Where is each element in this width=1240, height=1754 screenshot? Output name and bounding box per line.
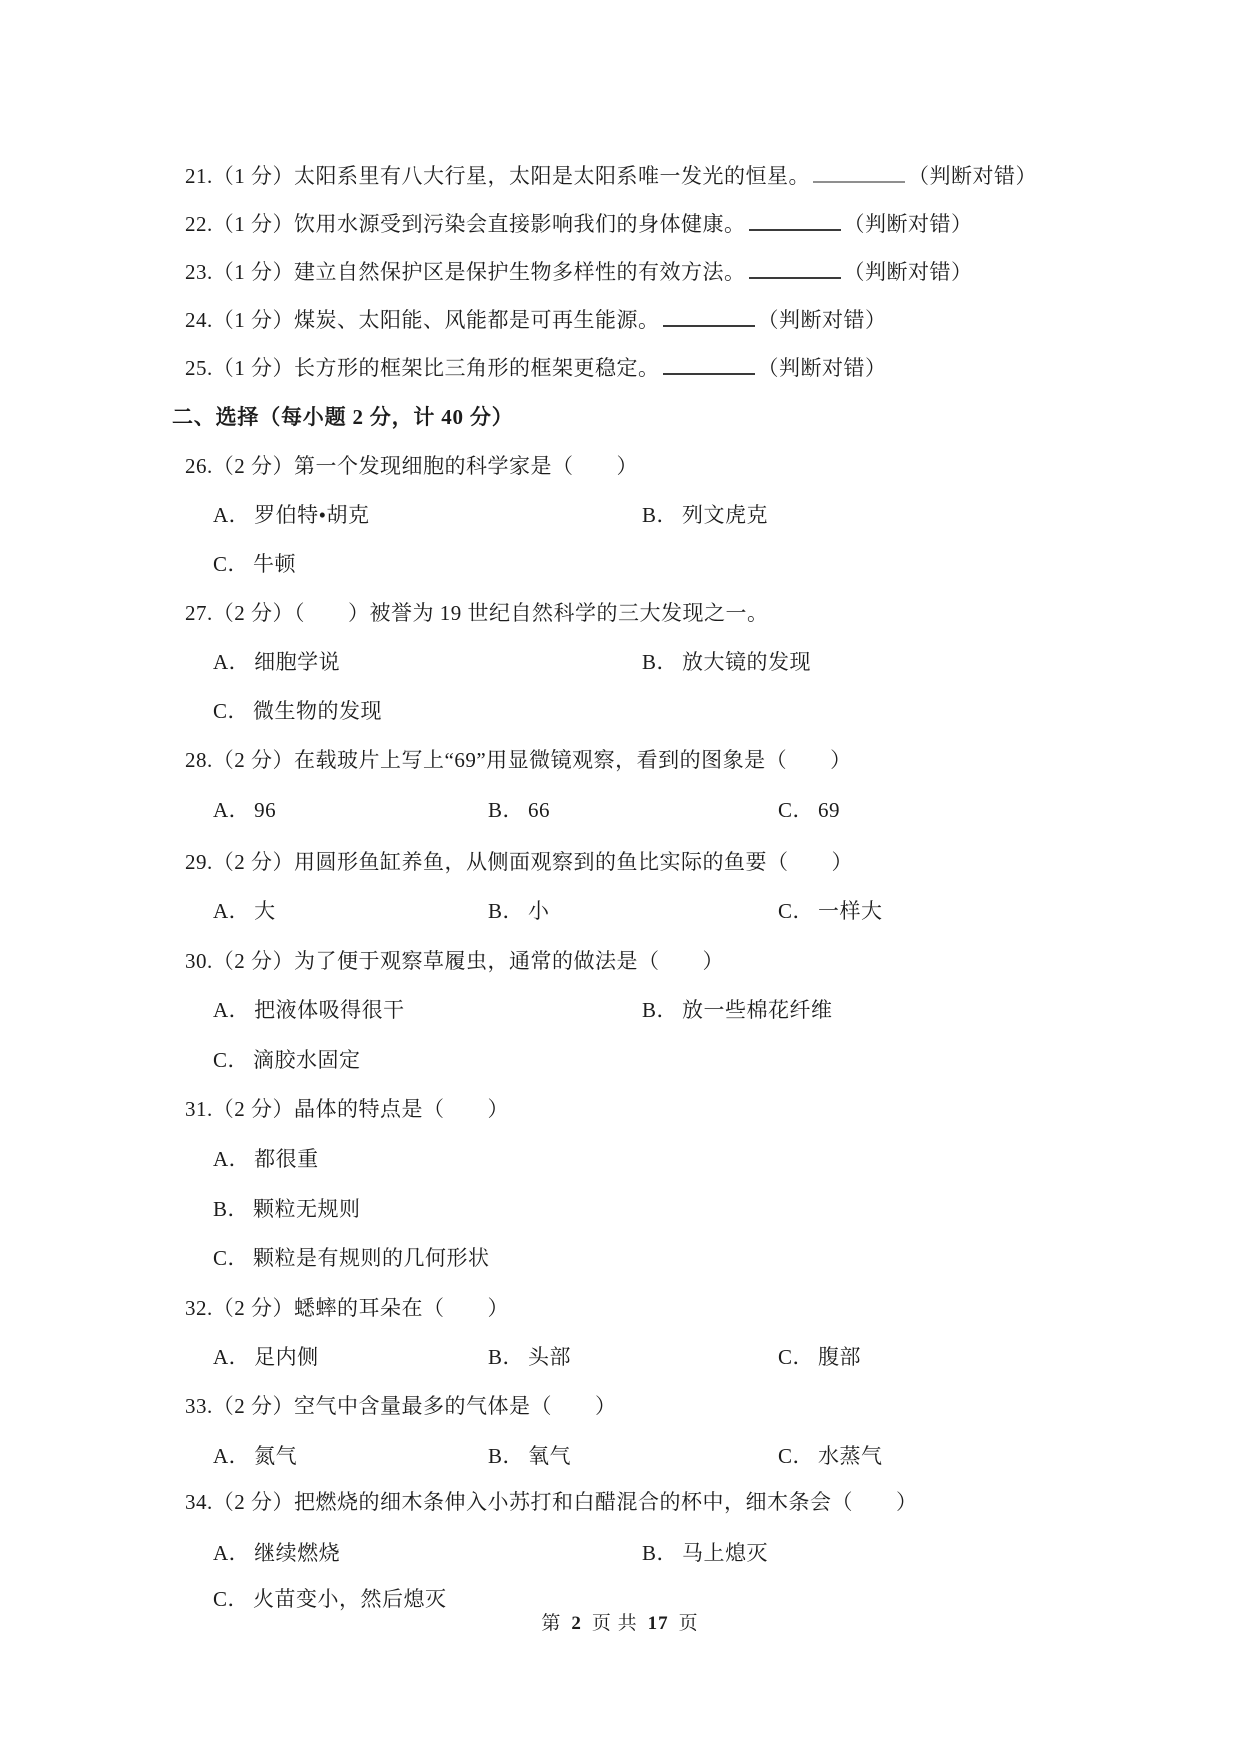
question-stem-31: 31.（2 分）晶体的特点是（ ） <box>185 1096 509 1123</box>
option-b: B．氧气 <box>488 1443 571 1470</box>
judge-question-23: 23.（1 分）建立自然保护区是保护生物多样性的有效方法。（判断对错） <box>185 259 973 286</box>
question-text: 22.（1 分）饮用水源受到污染会直接影响我们的身体健康。 <box>185 212 746 236</box>
option-label: A． <box>213 503 250 527</box>
option-text: 牛顿 <box>253 552 296 576</box>
option-text: 大 <box>254 899 276 923</box>
judge-label: （判断对错） <box>844 260 973 284</box>
option-b: B．列文虎克 <box>642 502 768 529</box>
option-b: B．头部 <box>488 1344 571 1371</box>
question-stem-28: 28.（2 分）在载玻片上写上“69”用显微镜观察，看到的图象是（ ） <box>185 747 852 774</box>
options-row: A．氮气 B．氧气 C．水蒸气 <box>0 1443 1240 1470</box>
option-label: A． <box>213 1444 250 1468</box>
option-text: 微生物的发现 <box>253 699 382 723</box>
option-b: B．66 <box>488 797 550 824</box>
option-a: A．罗伯特•胡克 <box>213 502 370 529</box>
option-c: C．腹部 <box>778 1344 861 1371</box>
option-text: 一样大 <box>818 899 883 923</box>
option-text: 96 <box>254 798 276 822</box>
judge-label: （判断对错） <box>844 212 973 236</box>
question-text: 21.（1 分）太阳系里有八大行星，太阳是太阳系唯一发光的恒星。 <box>185 164 810 188</box>
option-label: B． <box>642 1541 678 1565</box>
options-row: A．罗伯特•胡克 B．列文虎克 <box>0 502 1240 529</box>
option-b: B．放一些棉花纤维 <box>642 997 833 1024</box>
option-text: 头部 <box>528 1345 571 1369</box>
options-row: C．颗粒是有规则的几何形状 <box>0 1245 1240 1272</box>
options-row: A．都很重 <box>0 1146 1240 1173</box>
question-stem-30: 30.（2 分）为了便于观察草履虫，通常的做法是（ ） <box>185 948 724 975</box>
question-stem-29: 29.（2 分）用圆形鱼缸养鱼，从侧面观察到的鱼比实际的鱼要（ ） <box>185 849 853 876</box>
question-stem-27: 27.（2 分）（ ）被誉为 19 世纪自然科学的三大发现之一。 <box>185 600 769 627</box>
page-number: 2 <box>571 1613 582 1634</box>
option-text: 小 <box>528 899 550 923</box>
exam-page: 21.（1 分）太阳系里有八大行星，太阳是太阳系唯一发光的恒星。（判断对错） 2… <box>0 0 1240 1754</box>
question-text: 23.（1 分）建立自然保护区是保护生物多样性的有效方法。 <box>185 260 746 284</box>
option-text: 66 <box>528 798 550 822</box>
option-label: C． <box>778 899 814 923</box>
option-label: C． <box>213 1246 249 1270</box>
option-a: A．足内侧 <box>213 1344 319 1371</box>
option-text: 马上熄灭 <box>682 1541 768 1565</box>
option-a: A．把液体吸得很干 <box>213 997 405 1024</box>
judge-label: （判断对错） <box>758 308 887 332</box>
option-c: C．颗粒是有规则的几何形状 <box>213 1245 490 1272</box>
judge-label: （判断对错） <box>908 164 1037 188</box>
option-label: A． <box>213 1541 250 1565</box>
option-text: 颗粒无规则 <box>253 1197 361 1221</box>
options-row: A．大 B．小 C．一样大 <box>0 898 1240 925</box>
option-a: A．都很重 <box>213 1146 319 1173</box>
option-label: B． <box>488 798 524 822</box>
answer-blank <box>813 166 905 183</box>
option-a: A．氮气 <box>213 1443 297 1470</box>
option-label: C． <box>778 1345 814 1369</box>
option-text: 罗伯特•胡克 <box>254 503 369 527</box>
options-row: C．牛顿 <box>0 551 1240 578</box>
option-label: C． <box>778 1444 814 1468</box>
footer-suffix: 页 <box>679 1613 699 1634</box>
option-b: B．颗粒无规则 <box>213 1196 361 1223</box>
option-label: C． <box>213 699 249 723</box>
option-label: B． <box>642 650 678 674</box>
options-row: C．微生物的发现 <box>0 698 1240 725</box>
option-c: C．滴胶水固定 <box>213 1047 361 1074</box>
option-label: A． <box>213 998 250 1022</box>
options-row: A．96 B．66 C．69 <box>0 797 1240 824</box>
option-label: A． <box>213 1147 250 1171</box>
option-label: A． <box>213 899 250 923</box>
footer-mid: 页 共 <box>592 1613 638 1634</box>
footer-prefix: 第 <box>541 1613 561 1634</box>
option-label: A． <box>213 798 250 822</box>
judge-question-21: 21.（1 分）太阳系里有八大行星，太阳是太阳系唯一发光的恒星。（判断对错） <box>185 163 1037 190</box>
options-row: A．继续燃烧 B．马上熄灭 <box>0 1540 1240 1567</box>
option-label: A． <box>213 650 250 674</box>
option-a: A．96 <box>213 797 276 824</box>
total-pages: 17 <box>648 1613 669 1634</box>
option-text: 放一些棉花纤维 <box>682 998 833 1022</box>
option-text: 细胞学说 <box>254 650 340 674</box>
answer-blank <box>663 310 755 327</box>
options-row: A．细胞学说 B．放大镜的发现 <box>0 649 1240 676</box>
option-text: 足内侧 <box>254 1345 319 1369</box>
option-c: C．水蒸气 <box>778 1443 883 1470</box>
option-c: C．一样大 <box>778 898 883 925</box>
option-text: 把液体吸得很干 <box>254 998 405 1022</box>
option-text: 放大镜的发现 <box>682 650 811 674</box>
option-text: 腹部 <box>818 1345 861 1369</box>
option-label: C． <box>213 552 249 576</box>
option-label: B． <box>488 899 524 923</box>
answer-blank <box>749 262 841 279</box>
option-label: B． <box>488 1444 524 1468</box>
judge-label: （判断对错） <box>758 356 887 380</box>
option-text: 69 <box>818 798 840 822</box>
option-b: B．放大镜的发现 <box>642 649 811 676</box>
judge-question-22: 22.（1 分）饮用水源受到污染会直接影响我们的身体健康。（判断对错） <box>185 211 973 238</box>
option-label: C． <box>778 798 814 822</box>
section-header: 二、选择（每小题 2 分，计 40 分） <box>172 404 514 431</box>
page-footer: 第2页 共17页 <box>0 1608 1240 1635</box>
option-label: B． <box>642 503 678 527</box>
options-row: C．滴胶水固定 <box>0 1047 1240 1074</box>
option-text: 都很重 <box>254 1147 319 1171</box>
option-c: C．牛顿 <box>213 551 296 578</box>
option-label: B． <box>642 998 678 1022</box>
option-text: 水蒸气 <box>818 1444 883 1468</box>
judge-question-24: 24.（1 分）煤炭、太阳能、风能都是可再生能源。（判断对错） <box>185 307 887 334</box>
option-a: A．大 <box>213 898 276 925</box>
option-text: 列文虎克 <box>682 503 768 527</box>
option-text: 氮气 <box>254 1444 297 1468</box>
option-c: C．微生物的发现 <box>213 698 382 725</box>
question-text: 25.（1 分）长方形的框架比三角形的框架更稳定。 <box>185 356 660 380</box>
option-text: 颗粒是有规则的几何形状 <box>253 1246 490 1270</box>
question-stem-33: 33.（2 分）空气中含量最多的气体是（ ） <box>185 1393 617 1420</box>
option-label: C． <box>213 1048 249 1072</box>
option-text: 滴胶水固定 <box>253 1048 361 1072</box>
answer-blank <box>749 214 841 231</box>
option-a: A．细胞学说 <box>213 649 340 676</box>
option-text: 继续燃烧 <box>254 1541 340 1565</box>
option-label: B． <box>213 1197 249 1221</box>
answer-blank <box>663 358 755 375</box>
question-stem-34: 34.（2 分）把燃烧的细木条伸入小苏打和白醋混合的杯中，细木条会（ ） <box>185 1489 918 1516</box>
question-text: 24.（1 分）煤炭、太阳能、风能都是可再生能源。 <box>185 308 660 332</box>
option-b: B．小 <box>488 898 550 925</box>
options-row: A．足内侧 B．头部 C．腹部 <box>0 1344 1240 1371</box>
options-row: A．把液体吸得很干 B．放一些棉花纤维 <box>0 997 1240 1024</box>
option-label: B． <box>488 1345 524 1369</box>
option-b: B．马上熄灭 <box>642 1540 768 1567</box>
option-text: 氧气 <box>528 1444 571 1468</box>
option-c: C．69 <box>778 797 840 824</box>
option-a: A．继续燃烧 <box>213 1540 340 1567</box>
question-stem-26: 26.（2 分）第一个发现细胞的科学家是（ ） <box>185 453 638 480</box>
options-row: B．颗粒无规则 <box>0 1196 1240 1223</box>
question-stem-32: 32.（2 分）蟋蟀的耳朵在（ ） <box>185 1295 509 1322</box>
option-label: A． <box>213 1345 250 1369</box>
judge-question-25: 25.（1 分）长方形的框架比三角形的框架更稳定。（判断对错） <box>185 355 887 382</box>
